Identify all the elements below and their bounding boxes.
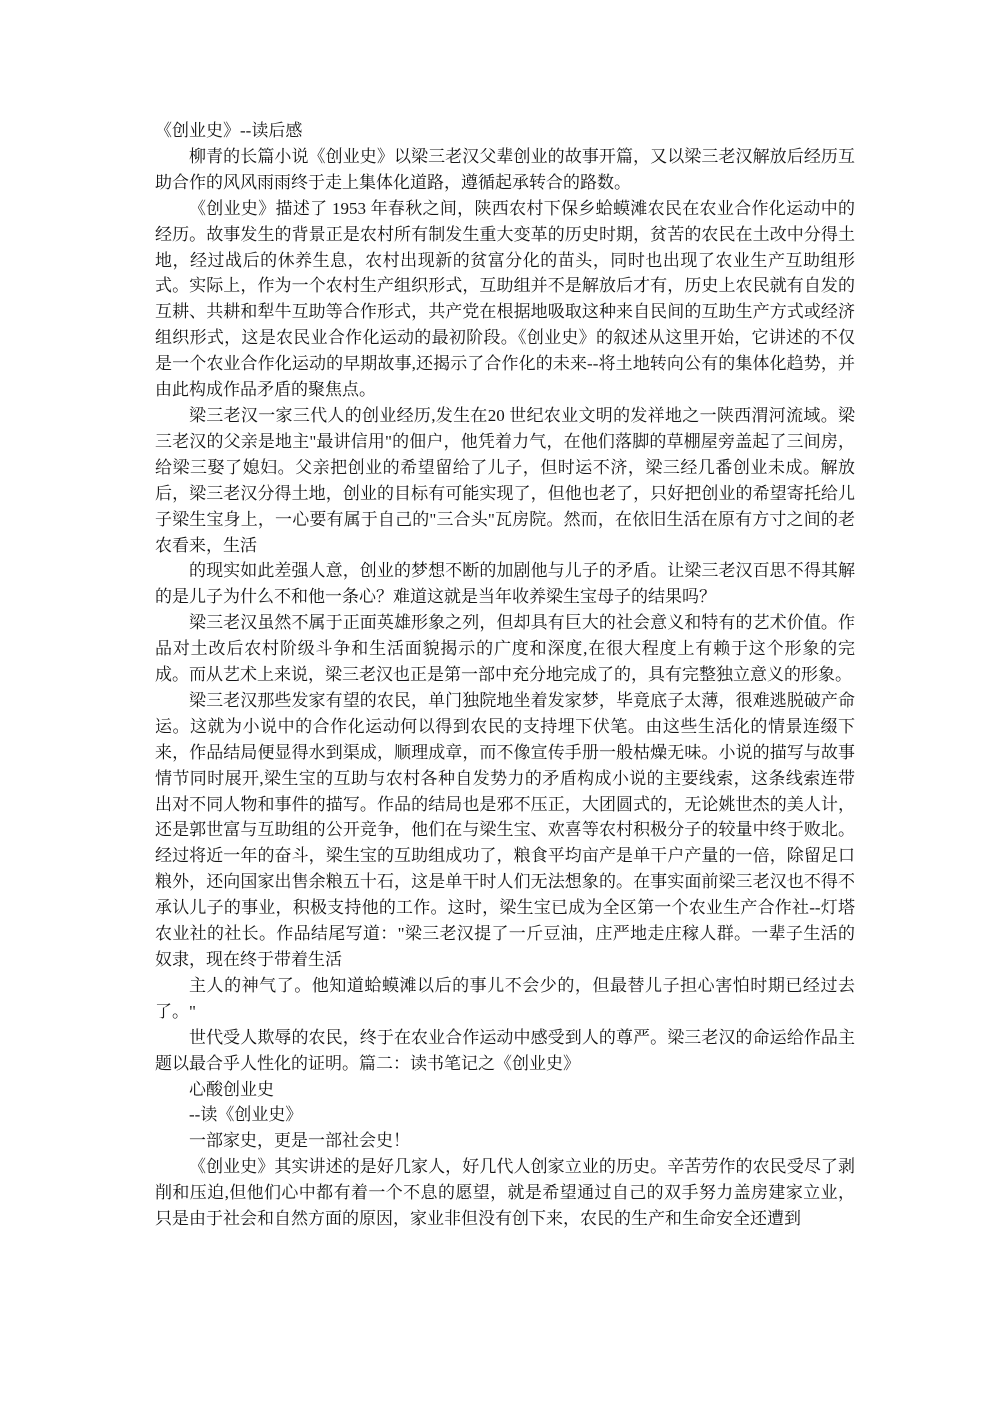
paragraph: 《创业史》描述了 1953 年春秋之间，陕西农村下保乡蛤蟆滩农民在农业合作化运动…	[155, 196, 855, 403]
paragraph: 世代受人欺辱的农民，终于在农业合作运动中感受到人的尊严。梁三老汉的命运给作品主题…	[155, 1025, 855, 1077]
paragraph: 《创业史》其实讲述的是好几家人，好几代人创家立业的历史。辛苦劳作的农民受尽了剥削…	[155, 1154, 855, 1232]
document-body: 柳青的长篇小说《创业史》以梁三老汉父辈创业的故事开篇，又以梁三老汉解放后经历互助…	[155, 144, 855, 1232]
paragraph: 一部家史，更是一部社会史！	[155, 1128, 855, 1154]
paragraph: 梁三老汉那些发家有望的农民，单门独院地坐着发家梦，毕竟底子太薄，很难逃脱破产命运…	[155, 688, 855, 973]
paragraph: --读《创业史》	[155, 1102, 855, 1128]
paragraph: 梁三老汉虽然不属于正面英雄形象之列，但却具有巨大的社会意义和特有的艺术价值。作品…	[155, 610, 855, 688]
document-page: 《创业史》--读后感 柳青的长篇小说《创业史》以梁三老汉父辈创业的故事开篇，又以…	[0, 0, 992, 1403]
document-title: 《创业史》--读后感	[155, 118, 855, 144]
paragraph: 的现实如此差强人意，创业的梦想不断的加剧他与儿子的矛盾。让梁三老汉百思不得其解的…	[155, 558, 855, 610]
paragraph: 柳青的长篇小说《创业史》以梁三老汉父辈创业的故事开篇，又以梁三老汉解放后经历互助…	[155, 144, 855, 196]
paragraph: 主人的神气了。他知道蛤蟆滩以后的事儿不会少的，但最替儿子担心害怕时期已经过去了。…	[155, 973, 855, 1025]
paragraph: 心酸创业史	[155, 1077, 855, 1103]
paragraph: 梁三老汉一家三代人的创业经历,发生在20 世纪农业文明的发祥地之一陕西渭河流域。…	[155, 403, 855, 558]
